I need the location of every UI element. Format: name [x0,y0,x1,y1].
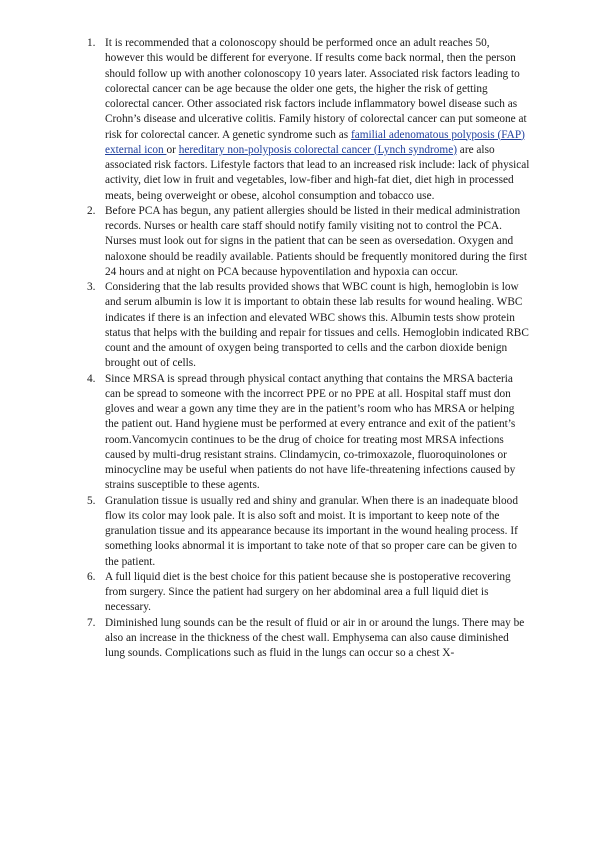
list-number: 6. [87,570,95,585]
list-item-3: 3. Considering that the lab results prov… [105,280,530,372]
paragraph-text: or [166,144,178,156]
list-item-5: 5. Granulation tissue is usually red and… [105,494,530,570]
list-item-2: 2. Before PCA has begun, any patient all… [105,204,530,280]
list-number: 4. [87,372,95,387]
numbered-answer-list: 1. It is recommended that a colonoscopy … [105,36,530,661]
list-item-1: 1. It is recommended that a colonoscopy … [105,36,530,204]
list-number: 2. [87,204,95,219]
list-item-4: 4. Since MRSA is spread through physical… [105,372,530,494]
document-page: 1. It is recommended that a colonoscopy … [0,0,595,842]
paragraph-text: Diminished lung sounds can be the result… [105,617,524,660]
list-number: 5. [87,494,95,509]
lynch-syndrome-link[interactable]: hereditary non-polyposis colorectal canc… [179,144,457,156]
paragraph-text: Granulation tissue is usually red and sh… [105,495,518,568]
list-item-6: 6. A full liquid diet is the best choice… [105,570,530,616]
list-item-7: 7. Diminished lung sounds can be the res… [105,616,530,662]
paragraph-text: It is recommended that a colonoscopy sho… [105,37,527,141]
paragraph-text: Since MRSA is spread through physical co… [105,373,515,492]
paragraph-text: A full liquid diet is the best choice fo… [105,571,511,614]
paragraph-text: Before PCA has begun, any patient allerg… [105,205,527,278]
list-number: 3. [87,280,95,295]
list-number: 1. [87,36,95,51]
list-number: 7. [87,616,95,631]
paragraph-text: Considering that the lab results provide… [105,281,529,369]
